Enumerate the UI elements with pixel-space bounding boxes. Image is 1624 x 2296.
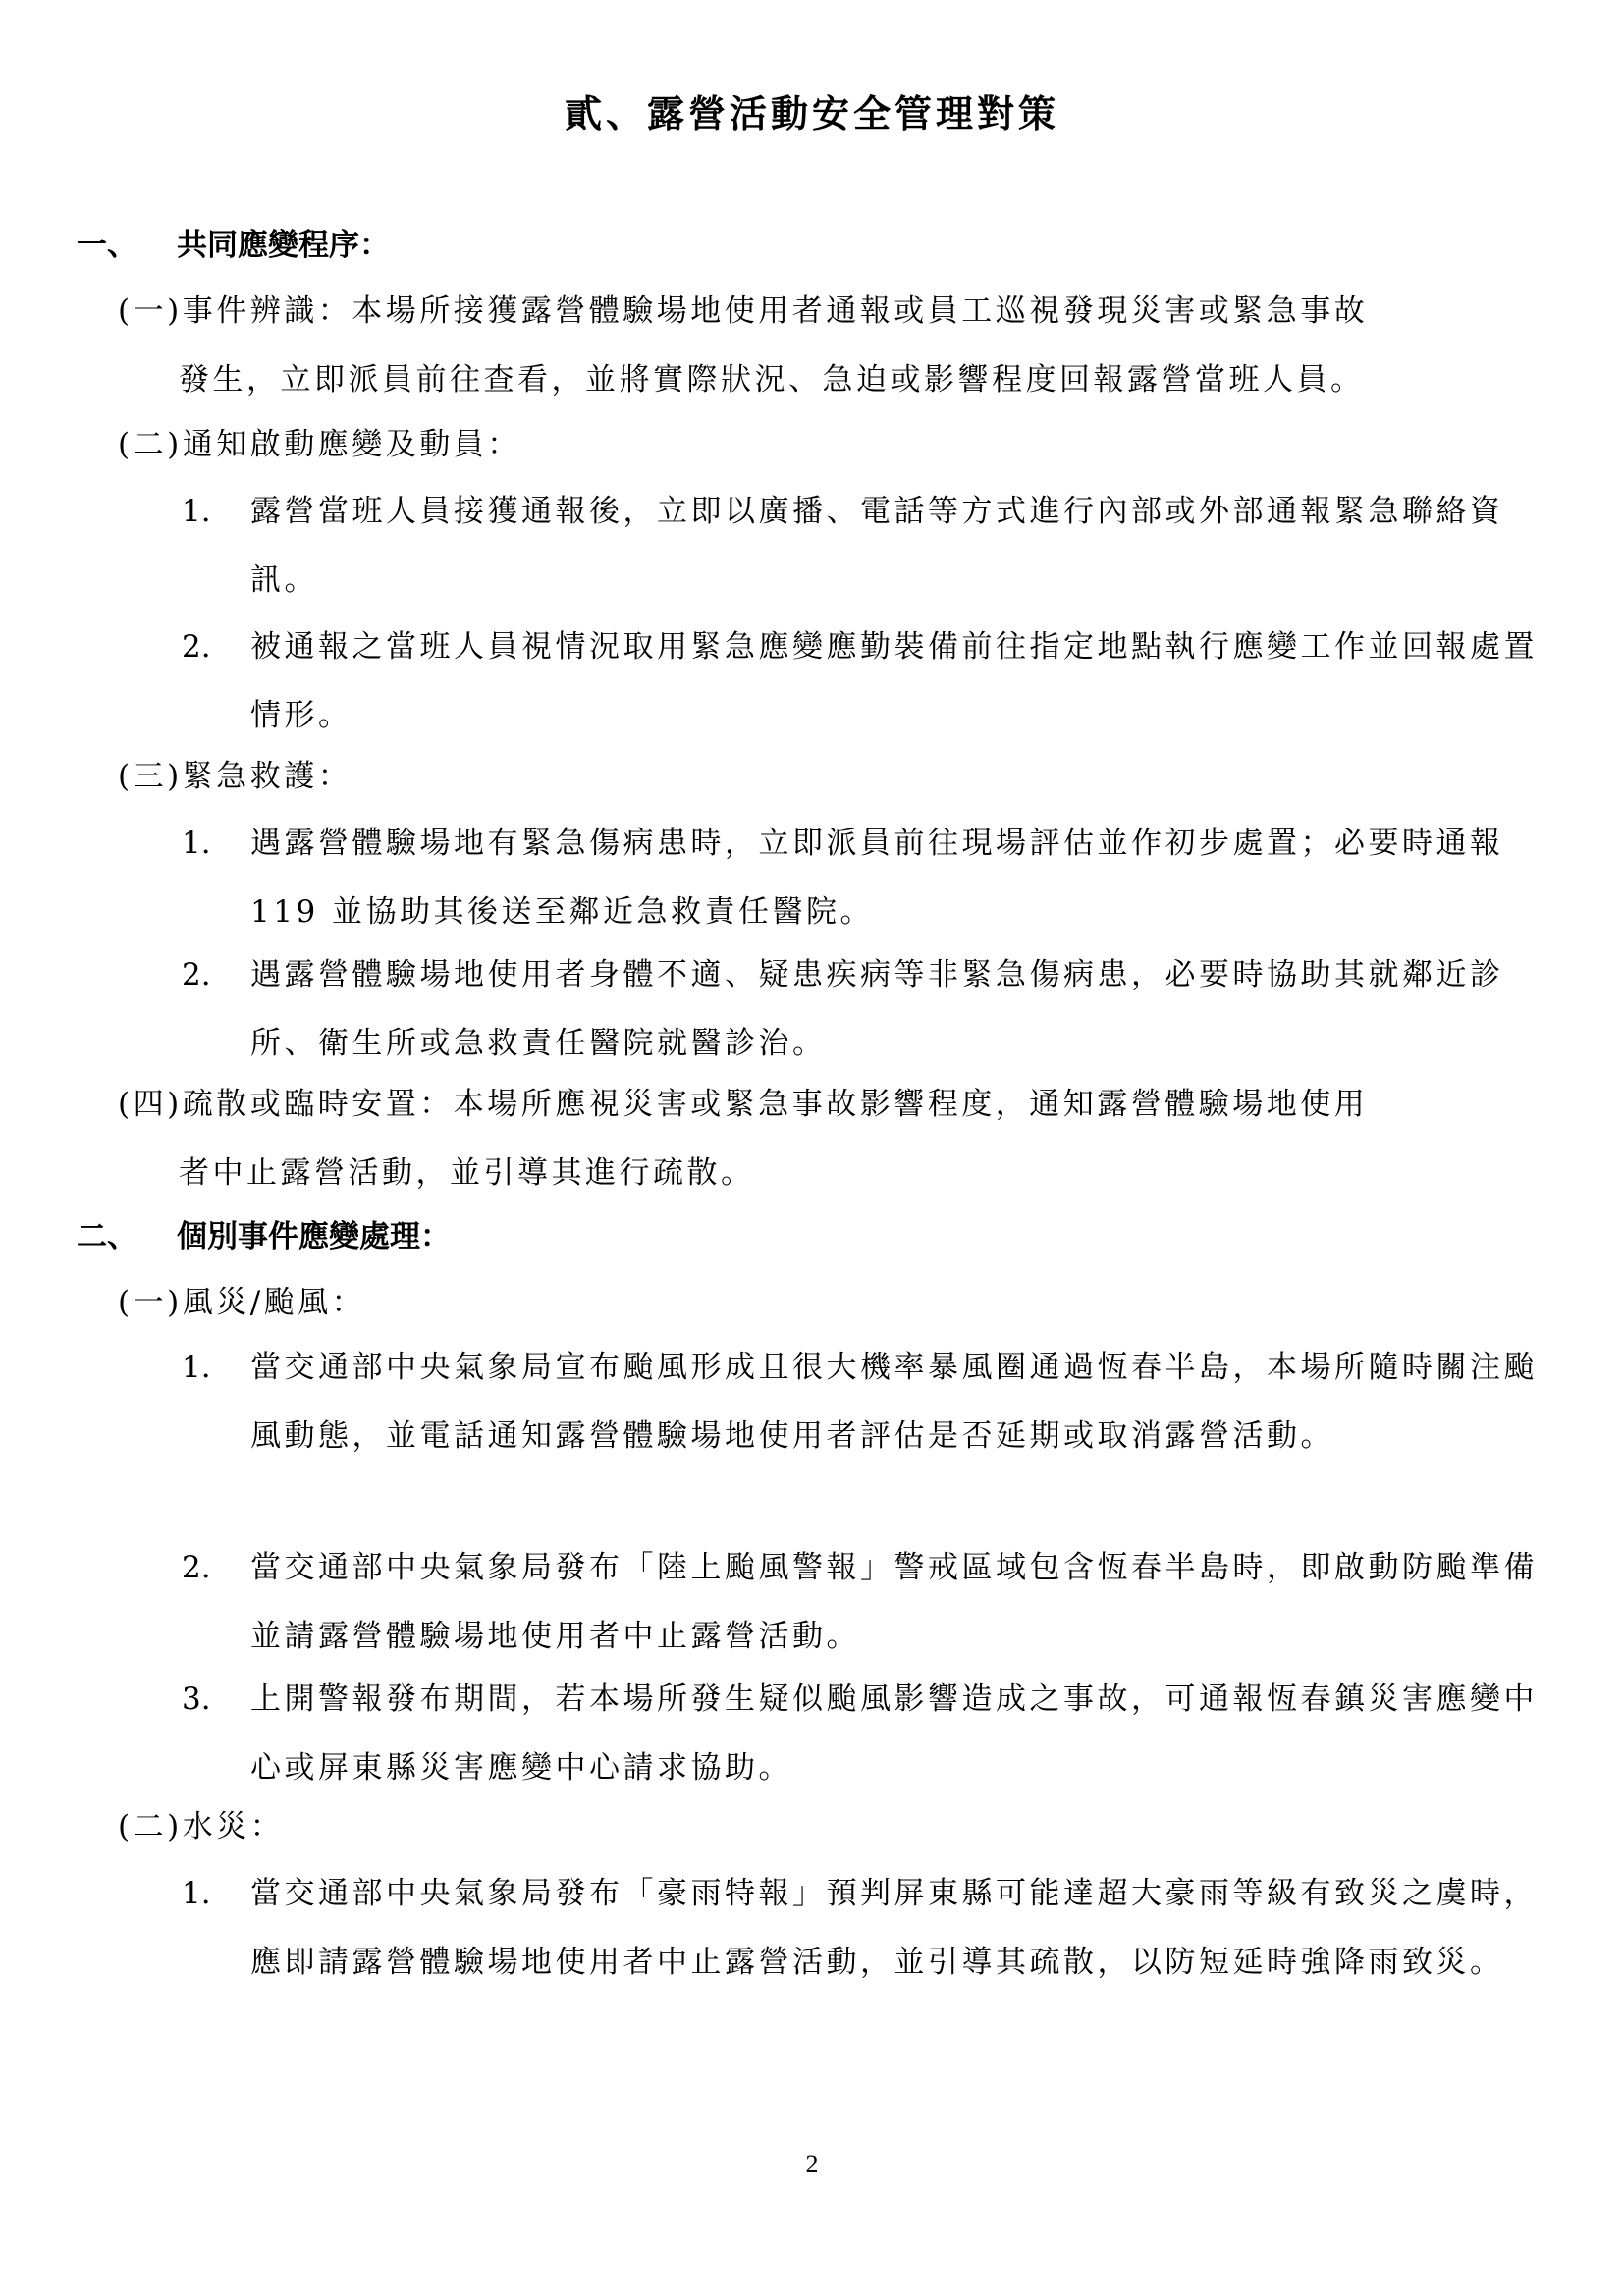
item-text: 遇露營體驗場地有緊急傷病患時，立即派員前往現場評估並作初步處置；必要時通報 11…: [182, 809, 1542, 946]
list-item: 1. 遇露營體驗場地有緊急傷病患時，立即派員前往現場評估並作初步處置；必要時通報…: [182, 809, 1542, 946]
subsection-text: 水災：: [183, 1809, 285, 1844]
subsection-label: (二): [118, 427, 183, 462]
item-number: 1.: [182, 1859, 250, 1928]
item-number: 1.: [182, 477, 250, 546]
item-text: 當交通部中央氣象局宣布颱風形成且很大機率暴風圈通過恆春半島，本場所隨時關注颱風動…: [182, 1333, 1542, 1470]
subsection-1-1: (一)事件辨識：本場所接獲露營體驗場地使用者通報或員工巡視發現災害或緊急事故 發…: [118, 277, 1542, 414]
list-item: 1. 當交通部中央氣象局發布「豪雨特報」預判屏東縣可能達超大豪雨等級有致災之虞時…: [182, 1859, 1542, 1997]
subsection-text: 緊急救護：: [183, 759, 352, 794]
subsection-label: (三): [118, 759, 183, 794]
item-text: 當交通部中央氣象局發布「陸上颱風警報」警戒區域包含恆春半島時，即啟動防颱準備並請…: [182, 1533, 1542, 1671]
item-number: 1.: [182, 1333, 250, 1402]
item-text: 被通報之當班人員視情況取用緊急應變應勤裝備前往指定地點執行應變工作並回報處置情形…: [182, 613, 1542, 750]
list-item: 2. 遇露營體驗場地使用者身體不適、疑患疾病等非緊急傷病患，必要時協助其就鄰近診…: [182, 940, 1542, 1078]
item-text: 當交通部中央氣象局發布「豪雨特報」預判屏東縣可能達超大豪雨等級有致災之虞時，應即…: [182, 1859, 1542, 1997]
item-text: 上開警報發布期間，若本場所發生疑似颱風影響造成之事故，可通報恆春鎮災害應變中心或…: [182, 1665, 1542, 1802]
item-number: 2.: [182, 940, 250, 1009]
subsection-2-1: (一)風災/颱風：: [118, 1268, 1542, 1337]
subsection-2-2: (二)水災：: [118, 1792, 1542, 1861]
section-heading-2: 二、個別事件應變處理：: [77, 1213, 451, 1260]
item-number: 1.: [182, 809, 250, 878]
list-item: 2. 被通報之當班人員視情況取用緊急應變應勤裝備前往指定地點執行應變工作並回報處…: [182, 613, 1542, 750]
subsection-text: 事件辨識：本場所接獲露營體驗場地使用者通報或員工巡視發現災害或緊急事故: [183, 294, 1369, 329]
page-number: 2: [0, 2150, 1624, 2179]
list-item: 3. 上開警報發布期間，若本場所發生疑似颱風影響造成之事故，可通報恆春鎮災害應變…: [182, 1665, 1542, 1802]
item-number: 2.: [182, 613, 250, 681]
item-text: 露營當班人員接獲通報後，立即以廣播、電話等方式進行內部或外部通報緊急聯絡資訊。: [182, 477, 1542, 614]
section-title: 個別事件應變處理：: [177, 1219, 451, 1255]
document-title: 貳、露營活動安全管理對策: [0, 86, 1624, 141]
subsection-label: (一): [118, 294, 183, 329]
document-page: 貳、露營活動安全管理對策 一、共同應變程序： (一)事件辨識：本場所接獲露營體驗…: [0, 0, 1624, 2296]
subsection-1-4: (四)疏散或臨時安置：本場所應視災害或緊急事故影響程度，通知露營體驗場地使用 者…: [118, 1070, 1542, 1207]
subsection-1-3: (三)緊急救護：: [118, 742, 1542, 811]
section-number: 二、: [77, 1213, 177, 1260]
section-heading-1: 一、共同應變程序：: [77, 222, 390, 269]
subsection-text: 疏散或臨時安置：本場所應視災害或緊急事故影響程度，通知露營體驗場地使用: [183, 1087, 1369, 1122]
subsection-label: (四): [118, 1087, 183, 1122]
subsection-label: (一): [118, 1285, 183, 1320]
item-text: 遇露營體驗場地使用者身體不適、疑患疾病等非緊急傷病患，必要時協助其就鄰近診所、衛…: [182, 940, 1542, 1078]
subsection-text: 通知啟動應變及動員：: [183, 427, 521, 462]
subsection-continuation: 發生，立即派員前往查看，並將實際狀況、急迫或影響程度回報露營當班人員。: [118, 346, 1542, 414]
list-item: 1. 當交通部中央氣象局宣布颱風形成且很大機率暴風圈通過恆春半島，本場所隨時關注…: [182, 1333, 1542, 1470]
section-number: 一、: [77, 222, 177, 269]
subsection-text: 風災/颱風：: [183, 1285, 365, 1320]
subsection-label: (二): [118, 1809, 183, 1844]
subsection-1-2: (二)通知啟動應變及動員：: [118, 410, 1542, 479]
item-number: 3.: [182, 1665, 250, 1734]
list-item: 1. 露營當班人員接獲通報後，立即以廣播、電話等方式進行內部或外部通報緊急聯絡資…: [182, 477, 1542, 614]
subsection-continuation: 者中止露營活動，並引導其進行疏散。: [118, 1139, 1542, 1207]
item-number: 2.: [182, 1533, 250, 1602]
list-item: 2. 當交通部中央氣象局發布「陸上颱風警報」警戒區域包含恆春半島時，即啟動防颱準…: [182, 1533, 1542, 1671]
section-title: 共同應變程序：: [177, 228, 390, 263]
